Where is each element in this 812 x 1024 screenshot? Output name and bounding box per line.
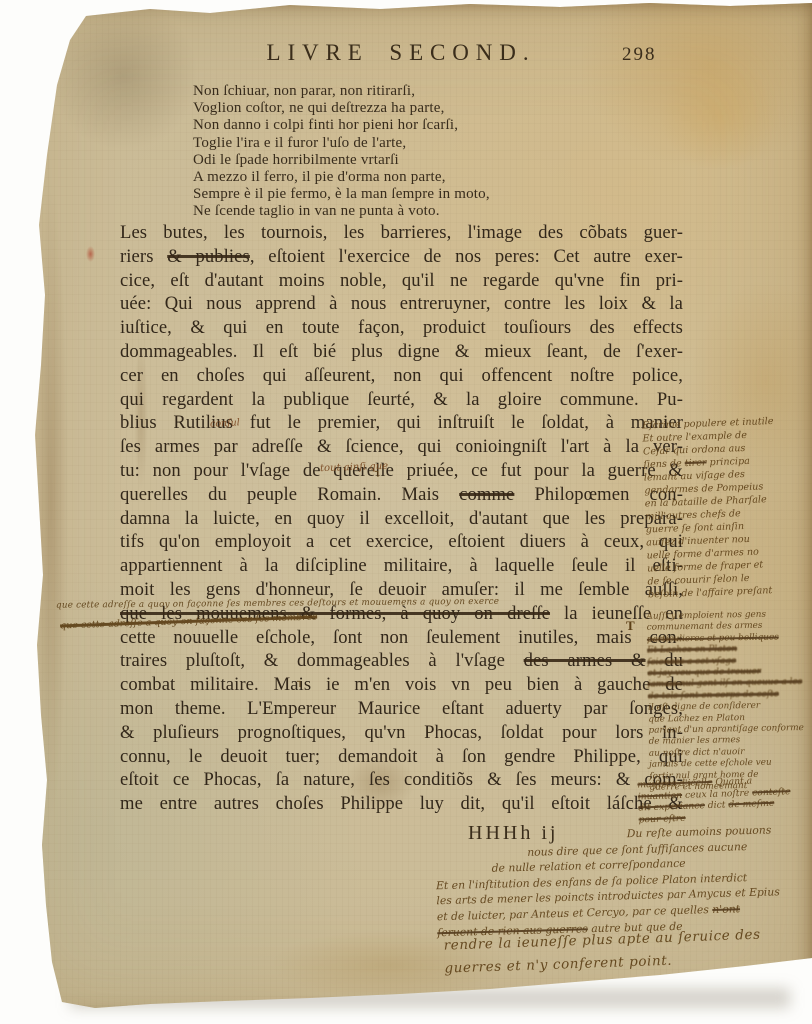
body-text-line: iuſtice, & qui en toute façon, produict … (120, 316, 683, 340)
bottom-annotation-block: Du reſte aumoins pouuonsnous dire que ce… (435, 821, 812, 941)
verse-line: A mezzo il ferro, il pie d'orma non part… (193, 169, 490, 186)
margin-annotation-block-1: Eſcrime populere et inutileEt outre l'ex… (642, 413, 812, 602)
verse-quotation-block: Non ſchiuar, non parar, non ritirarſi,Vo… (193, 83, 490, 221)
body-text-line: cette nouuelle eſchole, ſont non ſeuleme… (120, 626, 683, 650)
insertion-mark: ⌐ (292, 680, 308, 687)
book-page: LIVRE SECOND. 298 Non ſchiuar, non parar… (0, 0, 812, 1024)
verse-line: Ne ſcende taglio in van ne punta à voto. (193, 203, 490, 220)
margin-annotation-cluster: maiſtres d'icelle Quant ainuantion ceux … (637, 773, 812, 826)
body-text-line: tu: non pour l'vſage de querelle priuée,… (120, 459, 683, 483)
body-text-line: blius Rutilius fut le premier, qui inſtr… (120, 411, 683, 435)
body-text-line: & pluſieurs prognoſtiques, qu'vn Phocas,… (120, 721, 683, 745)
body-text-line: mon theme. L'Empereur Maurice eſtant adu… (120, 697, 683, 721)
verse-line: Toglie l'ira e il furor l'uſo de l'arte, (193, 135, 490, 152)
body-text-line: traires pluſtoſt, & dommageables à l'vſa… (120, 649, 683, 673)
body-text-line: tifs qu'on employoit a cet exercice, eſt… (120, 530, 683, 554)
page-number: 298 (622, 44, 657, 66)
body-text-line: connu, le deuoit tuer; demandoit à ſon g… (120, 745, 683, 769)
insertion-mark: ⌐ (370, 470, 386, 477)
page-header-title: LIVRE SECOND. (120, 40, 682, 66)
body-text-line: appartiennent à la diſcipline militaire,… (120, 554, 683, 578)
body-text-line: uée: Qui nous apprend à nous entreruyner… (120, 292, 683, 316)
body-text-line: qui regardent la publique ſeurté, & la g… (120, 388, 683, 412)
annotation-consul-insertion: conſul (210, 417, 240, 430)
body-text-line: querelles du peuple Romain. Mais comme P… (120, 483, 683, 507)
body-text-line: damna la luicte, en quoy il excelloit, d… (120, 507, 683, 531)
main-text-block: Les butes, les tournois, les barrieres, … (120, 221, 683, 816)
body-text-line: cer en choſes qui aſſeurent, non qui off… (120, 364, 683, 388)
verse-line: Odi le ſpade horribilmente vrtarſi (193, 152, 490, 169)
body-text-line: combat militaire. Mais ie m'en vois vn p… (120, 673, 683, 697)
margin-annotation-block-2: Auſſi y emploient nos genscommunemant de… (646, 608, 812, 794)
insertion-mark: T (626, 618, 635, 634)
body-text-line: riers & publies, eſtoient l'exercice de … (120, 245, 683, 269)
body-text-line: me entre autres choſes Philippe luy dit,… (120, 792, 683, 816)
verse-line: Non danno i colpi finti hor pieni hor ſc… (193, 117, 490, 134)
body-text-line: ſes armes par adreſſe & ſcience, qui con… (120, 435, 683, 459)
body-text-line: cice, eſt d'autant moins noble, qu'il ne… (120, 269, 683, 293)
verse-line: Non ſchiuar, non parar, non ritirarſi, (193, 83, 490, 100)
verse-line: Voglion coſtor, ne qui deſtrezza ha part… (193, 100, 490, 117)
verse-line: Sempre è il pie fermo, è la man ſempre i… (193, 186, 490, 203)
body-text-line: eſtoit ce Phocas, ſa nature, ſes conditi… (120, 768, 683, 792)
scan-background: { "header": { "title": "LIVRE SECOND.", … (0, 0, 812, 1024)
body-text-line: dommageables. Il eſt bié plus digne & mi… (120, 340, 683, 364)
body-text-line: Les butes, les tournois, les barrieres, … (120, 221, 683, 245)
